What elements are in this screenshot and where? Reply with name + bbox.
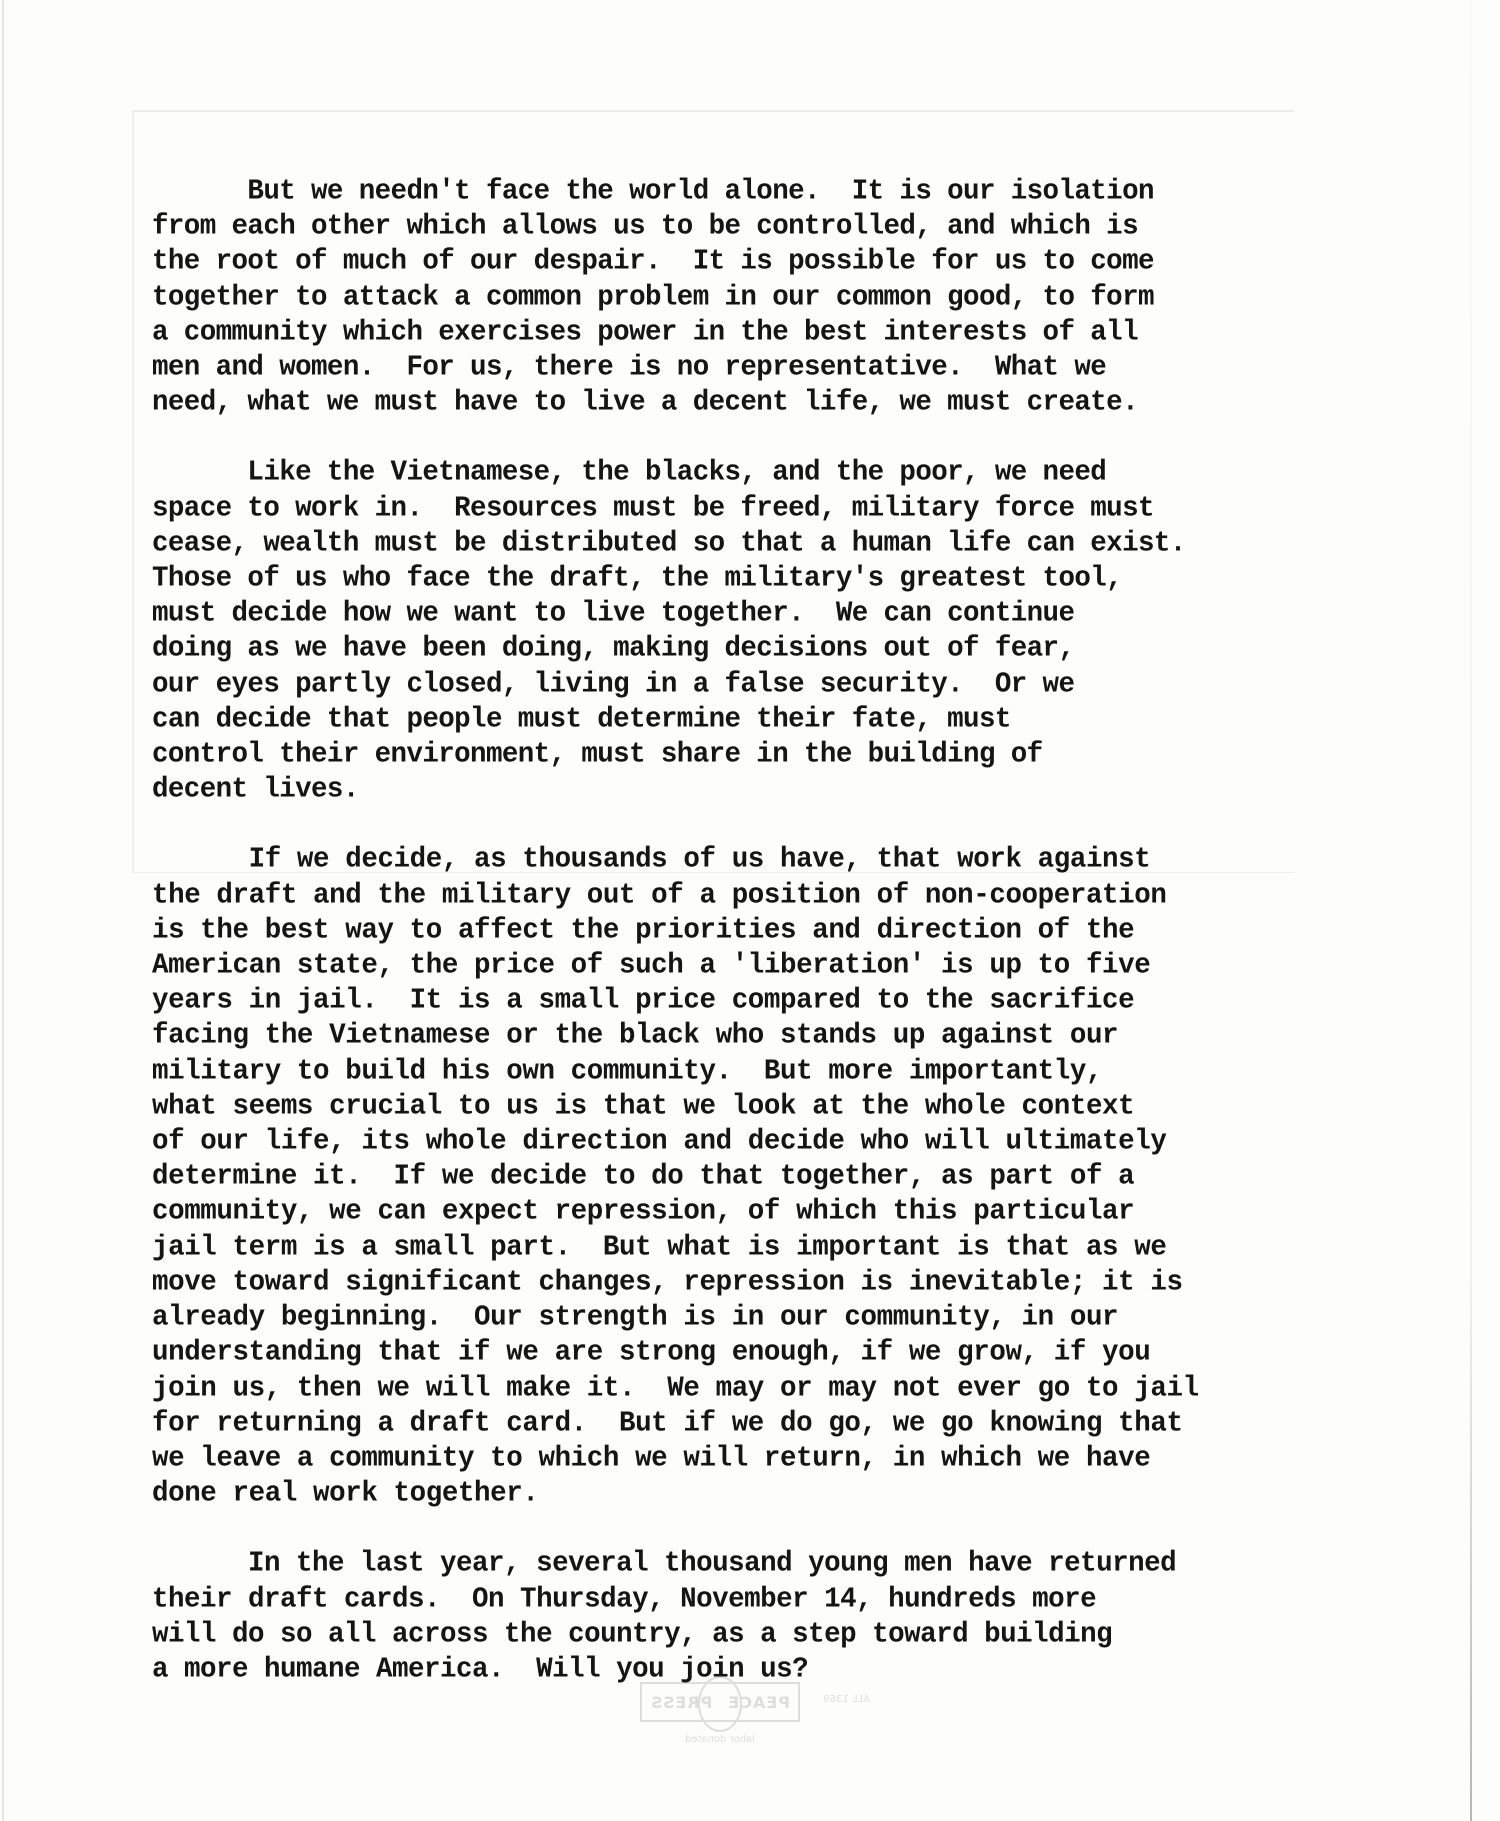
text-line: is the best way to affect the priorities… — [152, 912, 1352, 949]
text-line: must decide how we want to live together… — [152, 595, 1352, 632]
text-line: military to build his own community. But… — [152, 1053, 1352, 1090]
typewritten-article: But we needn't face the world alone. It … — [152, 174, 1352, 1722]
text-line: a community which exercises power in the… — [152, 314, 1352, 351]
text-line: join us, then we will make it. We may or… — [152, 1370, 1352, 1407]
text-line: community, we can expect repression, of … — [152, 1194, 1352, 1231]
text-line: But we needn't face the world alone. It … — [152, 173, 1352, 210]
text-line: the draft and the military out of a posi… — [152, 877, 1352, 914]
text-line: the root of much of our despair. It is p… — [152, 244, 1352, 281]
text-line: understanding that if we are strong enou… — [152, 1334, 1352, 1371]
text-line: determine it. If we decide to do that to… — [152, 1158, 1352, 1195]
paragraph-3: If we decide, as thousands of us have, t… — [152, 842, 1352, 1511]
text-line: what seems crucial to us is that we look… — [152, 1088, 1352, 1125]
text-line: cease, wealth must be distributed so tha… — [152, 525, 1352, 562]
text-line: Like the Vietnamese, the blacks, and the… — [152, 455, 1352, 492]
text-line: facing the Vietnamese or the black who s… — [152, 1018, 1352, 1055]
text-line: from each other which allows us to be co… — [152, 208, 1352, 245]
text-line: decent lives. — [152, 771, 1352, 808]
printer-mark-label: labor donated — [685, 1734, 755, 1745]
text-line: will do so all across the country, as a … — [152, 1616, 1352, 1653]
text-line: together to attack a common problem in o… — [152, 279, 1352, 316]
text-line: In the last year, several thousand young… — [152, 1545, 1352, 1582]
printer-union-mark: ALL 1369 PEACE PRESS labor donated — [560, 1682, 880, 1772]
text-line: done real work together. — [152, 1475, 1352, 1512]
paragraph-4: In the last year, several thousand young… — [152, 1546, 1352, 1687]
paragraph-2: Like the Vietnamese, the blacks, and the… — [152, 455, 1352, 807]
paragraph-1: But we needn't face the world alone. It … — [152, 174, 1352, 420]
paper-edge-left — [2, 0, 4, 1821]
union-number: ALL 1369 — [823, 1694, 870, 1705]
text-line: jail term is a small part. But what is i… — [152, 1229, 1352, 1266]
paper-edge-right — [1470, 0, 1472, 1821]
text-line: move toward significant changes, repress… — [152, 1264, 1352, 1301]
text-line: control their environment, must share in… — [152, 736, 1352, 773]
text-line: need, what we must have to live a decent… — [152, 384, 1352, 421]
text-line: can decide that people must determine th… — [152, 701, 1352, 738]
text-line: for returning a draft card. But if we do… — [152, 1405, 1352, 1442]
text-line: Those of us who face the draft, the mili… — [152, 560, 1352, 597]
text-line: American state, the price of such a 'lib… — [152, 947, 1352, 984]
text-line: their draft cards. On Thursday, November… — [152, 1581, 1352, 1618]
text-line: men and women. For us, there is no repre… — [152, 349, 1352, 386]
text-line: already beginning. Our strength is in ou… — [152, 1299, 1352, 1336]
text-line: years in jail. It is a small price compa… — [152, 982, 1352, 1019]
text-line: of our life, its whole direction and dec… — [152, 1123, 1352, 1160]
text-line: our eyes partly closed, living in a fals… — [152, 666, 1352, 703]
text-line: If we decide, as thousands of us have, t… — [152, 842, 1352, 879]
text-line: doing as we have been doing, making deci… — [152, 631, 1352, 668]
peace-symbol-icon — [698, 1676, 742, 1732]
text-line: space to work in. Resources must be free… — [152, 490, 1352, 527]
text-line: we leave a community to which we will re… — [152, 1440, 1352, 1477]
